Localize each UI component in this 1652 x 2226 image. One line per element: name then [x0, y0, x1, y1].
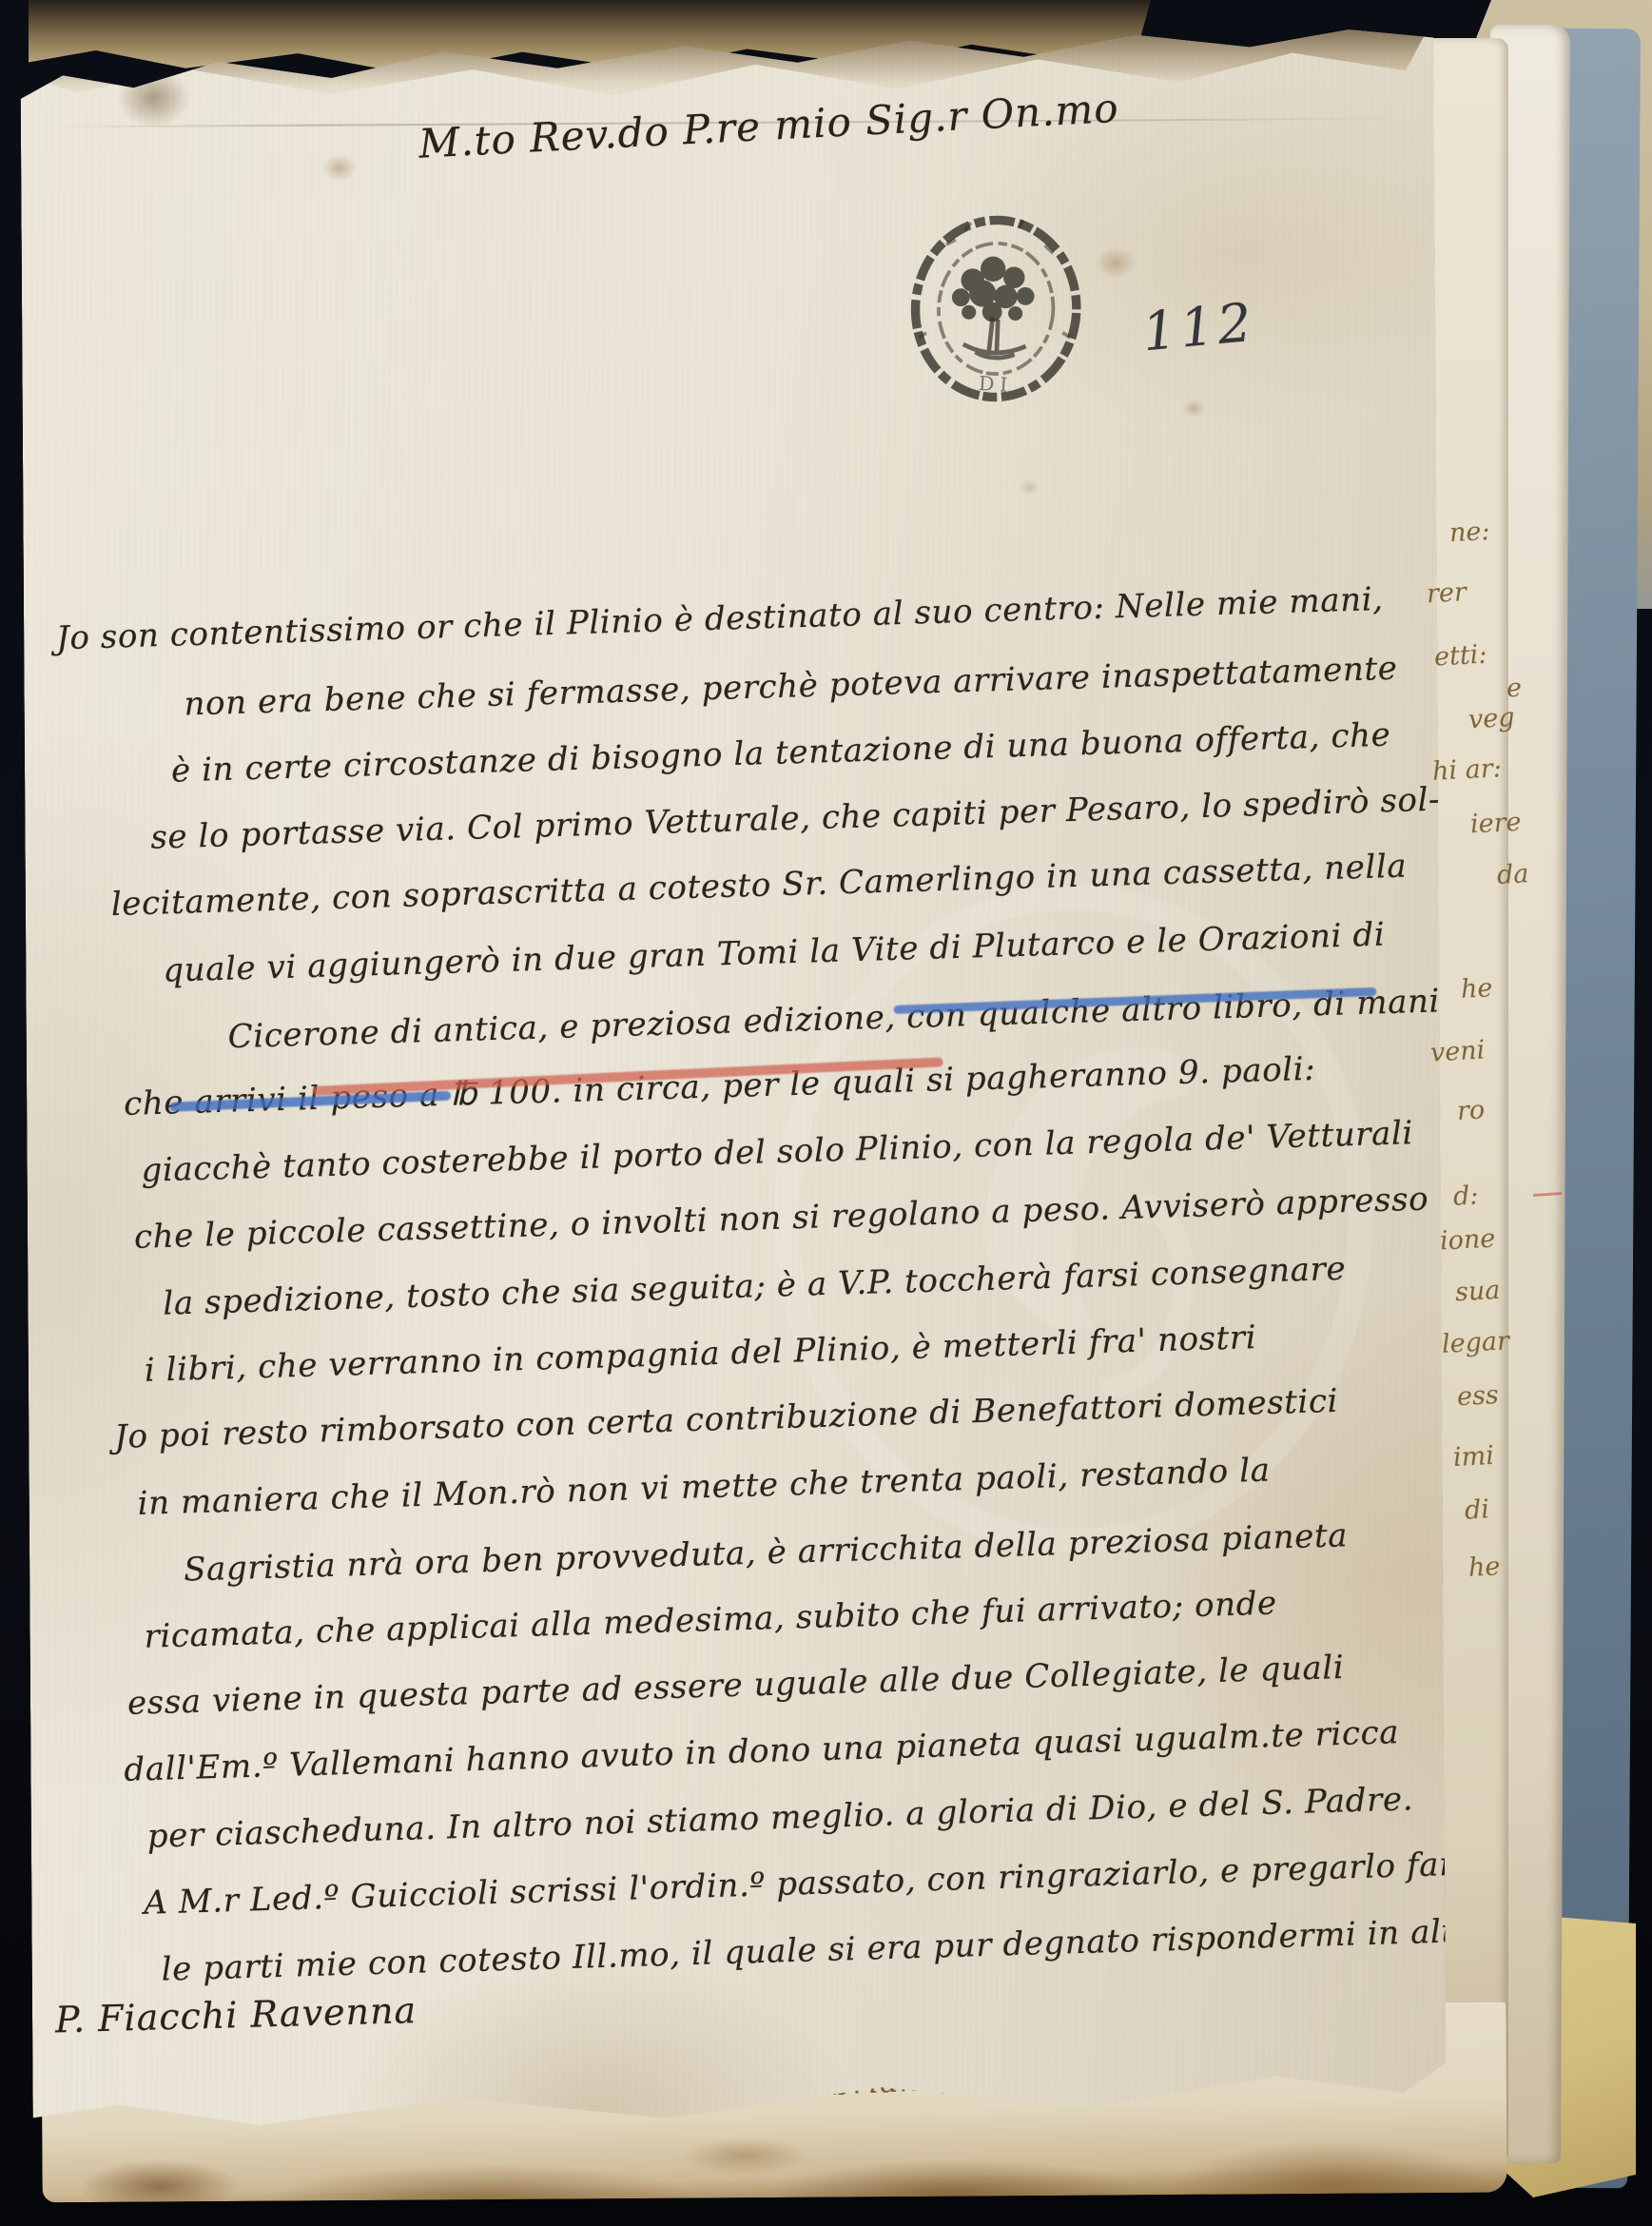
- manuscript-line: per ciascheduna. In altro noi stiamo meg…: [146, 1783, 1413, 1852]
- manuscript-line: se lo portasse via. Col primo Vetturale,…: [150, 784, 1441, 854]
- manuscript-line: che arrivi il peso a ℔ 100. in circa, pe…: [124, 1053, 1316, 1121]
- edge-fragment: rer: [1426, 579, 1467, 607]
- edge-fragment: legar: [1441, 1328, 1509, 1357]
- library-stamp-icon: DI: [901, 206, 1092, 416]
- edge-fragment: sua: [1454, 1278, 1501, 1305]
- manuscript-line: Jo son contentissimo or che il Plinio è …: [56, 583, 1384, 654]
- edge-fragment: he: [1460, 975, 1493, 1003]
- edge-fragment: ne:: [1448, 518, 1490, 546]
- edge-fragment: etti:: [1433, 642, 1487, 671]
- edge-fragment: hi ar:: [1431, 755, 1502, 785]
- salutation-line: M.to Rev.do P.re mio Sig.r On.mo: [418, 87, 1119, 166]
- edge-fragment: he: [1467, 1553, 1501, 1581]
- manuscript-line: che le piccole cassettine, o involti non…: [134, 1182, 1429, 1253]
- manuscript-line: ricamata, che applicai alla medesima, su…: [144, 1587, 1277, 1652]
- manuscript-line: giacchè tanto costerebbe il porto del so…: [141, 1117, 1413, 1187]
- stamp-rim-text: DI: [978, 372, 1013, 397]
- manuscript-line: Jo poi resto rimborsato con certa contri…: [114, 1385, 1339, 1454]
- edge-fragment: ione: [1439, 1225, 1496, 1254]
- manuscript-line: i libri, che verranno in compagnia del P…: [144, 1321, 1256, 1387]
- edge-fragment: veg: [1467, 705, 1515, 733]
- manuscript-line: le parti mie con cotesto Ill.mo, il qual…: [161, 1914, 1491, 1985]
- edge-fragment: d:: [1452, 1182, 1479, 1209]
- folio-number: 112: [1140, 297, 1258, 361]
- manuscript-line: non era bene che si fermasse, perchè pot…: [184, 653, 1398, 721]
- manuscript-line: A M.r Led.º Guiccioli scrissi l'ordin.º …: [144, 1848, 1456, 1920]
- edge-fragment: veni: [1429, 1038, 1486, 1066]
- edge-fragment: ess: [1456, 1382, 1499, 1410]
- signature-line: P. Fiacchi Ravenna: [55, 1992, 418, 2038]
- edge-fragment: imi: [1452, 1443, 1494, 1471]
- manuscript-line: in maniera che il Mon.rò non vi mette ch…: [137, 1455, 1271, 1520]
- manuscript-line: è in certe circostanze di bisogno la ten…: [171, 719, 1391, 788]
- archival-photo-scene: fatto in Fabriano, e aspetta forse DI: [0, 0, 1652, 2226]
- manuscript-line: la spedizione, tosto che sia seguita; è …: [163, 1253, 1347, 1320]
- manuscript-line: lecitamente, con soprascritta a cotesto …: [110, 850, 1407, 921]
- manuscript-line: dall'Em.º Vallemani hanno avuto in dono …: [124, 1716, 1400, 1787]
- manuscript-page: DI M.to Rev.do P.re mio Sig.r On.mo 112 …: [20, 18, 1447, 2138]
- edge-fragment: e: [1506, 675, 1522, 702]
- manuscript-line: essa viene in questa parte ad essere ugu…: [126, 1651, 1344, 1720]
- edge-fragment: di: [1464, 1496, 1489, 1523]
- manuscript-line: quale vi aggiungerò in due gran Tomi la …: [163, 919, 1386, 987]
- edge-fragment: da: [1496, 861, 1529, 888]
- manuscript-line: Sagristia nrà ora ben provveduta, è arri…: [184, 1519, 1349, 1586]
- edge-fragment: ro: [1456, 1097, 1486, 1123]
- stamp-tree-emblem: [950, 254, 1037, 324]
- edge-fragment: iere: [1469, 810, 1522, 838]
